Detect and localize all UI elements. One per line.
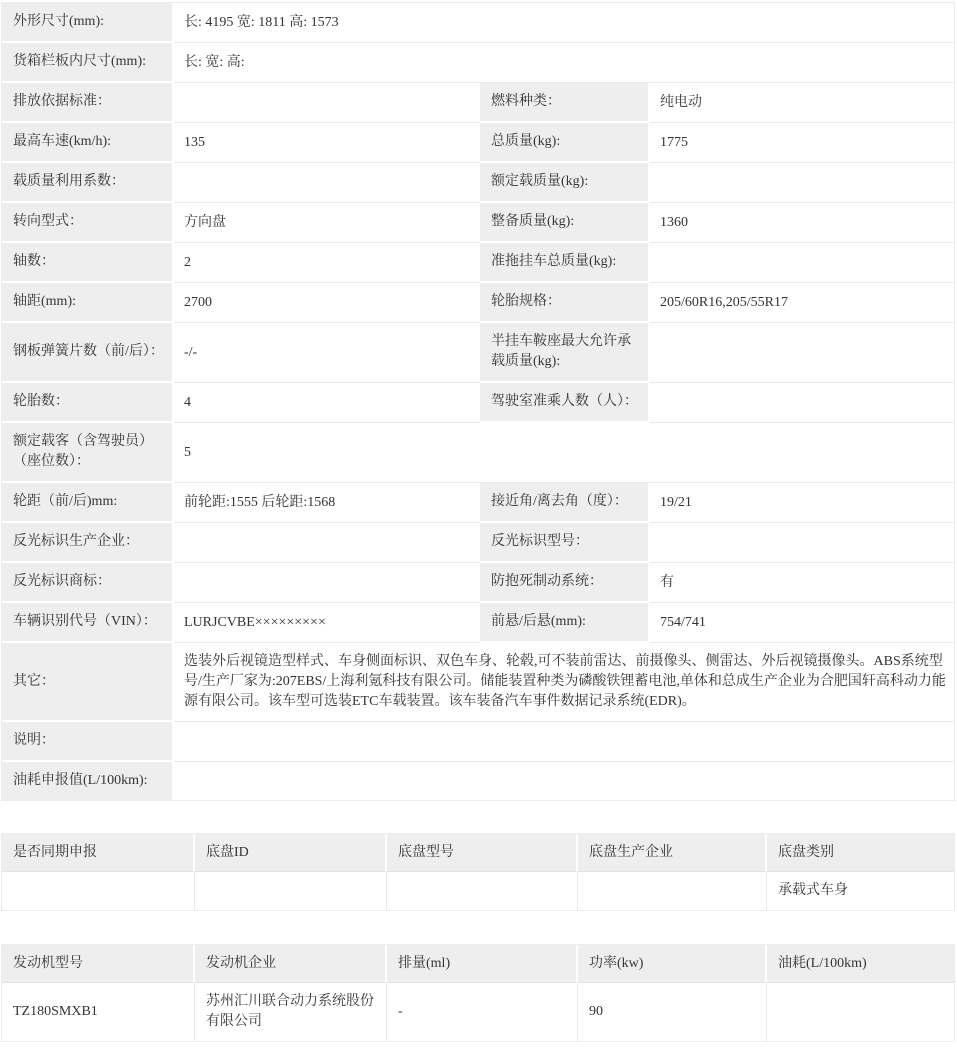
engine-cell-displacement: -: [387, 983, 578, 1041]
spec-value: [650, 383, 954, 423]
spec-value: [174, 83, 480, 123]
spec-value: [174, 163, 480, 203]
spec-row: 钢板弹簧片数（前/后）： -/- 半挂车鞍座最大允许承载质量(kg):: [2, 323, 954, 383]
chassis-table: 是否同期申报 底盘ID 底盘型号 底盘生产企业 底盘类别 承载式车身: [1, 833, 955, 911]
engine-header: 发动机企业: [195, 945, 387, 983]
engine-header-row: 发动机型号 发动机企业 排量(ml) 功率(kw) 油耗(L/100km): [2, 945, 954, 983]
spec-label: 外形尺寸(mm):: [2, 3, 174, 43]
engine-header: 发动机型号: [2, 945, 195, 983]
spec-row: 载质量利用系数： 额定载质量(kg):: [2, 163, 954, 203]
spec-value: 4: [174, 383, 480, 423]
spec-row: 轮胎数： 4 驾驶室准乘人数（人）：: [2, 383, 954, 423]
spec-label: 反光标识生产企业：: [2, 523, 174, 563]
spec-label: 钢板弹簧片数（前/后）：: [2, 323, 174, 383]
engine-cell-power: 90: [578, 983, 767, 1041]
spec-label: 反光标识型号：: [480, 523, 650, 563]
spec-value: 754/741: [650, 603, 954, 643]
spec-label: 最高车速(km/h):: [2, 123, 174, 163]
chassis-cell: [578, 872, 767, 910]
spec-label: 轮胎数：: [2, 383, 174, 423]
spec-row: 转向型式： 方向盘 整备质量(kg): 1360: [2, 203, 954, 243]
spec-value: 5: [174, 423, 954, 483]
spec-label: 驾驶室准乘人数（人）：: [480, 383, 650, 423]
spec-label: 防抱死制动系统：: [480, 563, 650, 603]
chassis-cell: 承载式车身: [767, 872, 954, 910]
chassis-header: 是否同期申报: [2, 834, 195, 872]
spec-value: 1360: [650, 203, 954, 243]
engine-data-row: TZ180SMXB1 苏州汇川联合动力系统股份有限公司 - 90: [2, 983, 954, 1041]
spec-label: 前悬/后悬(mm):: [480, 603, 650, 643]
spec-label: 总质量(kg):: [480, 123, 650, 163]
spec-value: 2700: [174, 283, 480, 323]
spec-value: 长: 宽: 高:: [174, 43, 954, 83]
spec-value: 19/21: [650, 483, 954, 523]
spec-value: 有: [650, 563, 954, 603]
spec-value: [174, 523, 480, 563]
spec-label: 整备质量(kg):: [480, 203, 650, 243]
chassis-cell: [195, 872, 387, 910]
spec-label: 油耗申报值(L/100km):: [2, 762, 174, 800]
spec-label: 轮胎规格：: [480, 283, 650, 323]
spec-label: 车辆识别代号（VIN）：: [2, 603, 174, 643]
vehicle-announcement-page: 外形尺寸(mm): 长: 4195 宽: 1811 高: 1573 货箱栏板内尺…: [0, 0, 957, 1047]
spec-value: 长: 4195 宽: 1811 高: 1573: [174, 3, 954, 43]
chassis-header: 底盘生产企业: [578, 834, 767, 872]
spec-value: 135: [174, 123, 480, 163]
vehicle-parameters-table: 外形尺寸(mm): 长: 4195 宽: 1811 高: 1573 货箱栏板内尺…: [1, 2, 955, 801]
spec-label: 说明：: [2, 722, 174, 762]
chassis-data-row: 承载式车身: [2, 872, 954, 910]
spec-row: 车辆识别代号（VIN）： LURJCVBE××××××××× 前悬/后悬(mm)…: [2, 603, 954, 643]
spec-value: 1775: [650, 123, 954, 163]
spec-label: 半挂车鞍座最大允许承载质量(kg):: [480, 323, 650, 383]
spec-row: 说明：: [2, 722, 954, 762]
spec-label: 准拖挂车总质量(kg):: [480, 243, 650, 283]
spec-row-other: 其它： 选装外后视镜造型样式、车身侧面标识、双色车身、轮毂,可不装前雷达、前摄像…: [2, 643, 954, 722]
spec-value: [174, 563, 480, 603]
spec-value: 205/60R16,205/55R17: [650, 283, 954, 323]
chassis-cell: [2, 872, 195, 910]
spec-value-other-text: 选装外后视镜造型样式、车身侧面标识、双色车身、轮毂,可不装前雷达、前摄像头、侧雷…: [174, 643, 954, 722]
spec-value: [650, 523, 954, 563]
chassis-header-row: 是否同期申报 底盘ID 底盘型号 底盘生产企业 底盘类别: [2, 834, 954, 872]
spec-row: 轴距(mm): 2700 轮胎规格： 205/60R16,205/55R17: [2, 283, 954, 323]
spec-value: 前轮距:1555 后轮距:1568: [174, 483, 480, 523]
spec-value: [650, 323, 954, 383]
spec-label: 额定载质量(kg):: [480, 163, 650, 203]
spec-label: 额定载客（含驾驶员）（座位数）：: [2, 423, 174, 483]
spec-row: 轮距（前/后)mm: 前轮距:1555 后轮距:1568 接近角/离去角（度）：…: [2, 483, 954, 523]
engine-header: 排量(ml): [387, 945, 578, 983]
chassis-cell: [387, 872, 578, 910]
spec-row: 最高车速(km/h): 135 总质量(kg): 1775: [2, 123, 954, 163]
spec-label: 其它：: [2, 643, 174, 722]
engine-header: 功率(kw): [578, 945, 767, 983]
spec-row: 反光标识商标： 防抱死制动系统： 有: [2, 563, 954, 603]
spec-label: 反光标识商标：: [2, 563, 174, 603]
spec-row: 额定载客（含驾驶员）（座位数）： 5: [2, 423, 954, 483]
spec-row: 油耗申报值(L/100km):: [2, 762, 954, 800]
spec-value: -/-: [174, 323, 480, 383]
spec-label: 轮距（前/后)mm:: [2, 483, 174, 523]
spec-value: [650, 243, 954, 283]
spec-label: 轴数：: [2, 243, 174, 283]
spec-label: 排放依据标准：: [2, 83, 174, 123]
spec-value: [174, 722, 954, 762]
spec-value: 2: [174, 243, 480, 283]
chassis-header: 底盘类别: [767, 834, 954, 872]
spec-row: 外形尺寸(mm): 长: 4195 宽: 1811 高: 1573: [2, 3, 954, 43]
spec-label: 载质量利用系数：: [2, 163, 174, 203]
spec-value: LURJCVBE×××××××××: [174, 603, 480, 643]
spec-value: [174, 762, 954, 800]
engine-cell-company: 苏州汇川联合动力系统股份有限公司: [195, 983, 387, 1041]
spec-label: 转向型式：: [2, 203, 174, 243]
spec-row: 排放依据标准： 燃料种类： 纯电动: [2, 83, 954, 123]
spec-row: 轴数： 2 准拖挂车总质量(kg):: [2, 243, 954, 283]
spec-value: [650, 163, 954, 203]
spec-label: 货箱栏板内尺寸(mm):: [2, 43, 174, 83]
spec-value: 纯电动: [650, 83, 954, 123]
engine-table: 发动机型号 发动机企业 排量(ml) 功率(kw) 油耗(L/100km) TZ…: [1, 944, 955, 1042]
engine-cell-fuel: [767, 983, 954, 1041]
spec-value: 方向盘: [174, 203, 480, 243]
engine-header: 油耗(L/100km): [767, 945, 954, 983]
spec-label: 轴距(mm):: [2, 283, 174, 323]
spec-row: 反光标识生产企业： 反光标识型号：: [2, 523, 954, 563]
spec-label: 燃料种类：: [480, 83, 650, 123]
spec-label: 接近角/离去角（度）：: [480, 483, 650, 523]
chassis-header: 底盘ID: [195, 834, 387, 872]
spec-row: 货箱栏板内尺寸(mm): 长: 宽: 高:: [2, 43, 954, 83]
chassis-header: 底盘型号: [387, 834, 578, 872]
engine-cell-model: TZ180SMXB1: [2, 983, 195, 1041]
